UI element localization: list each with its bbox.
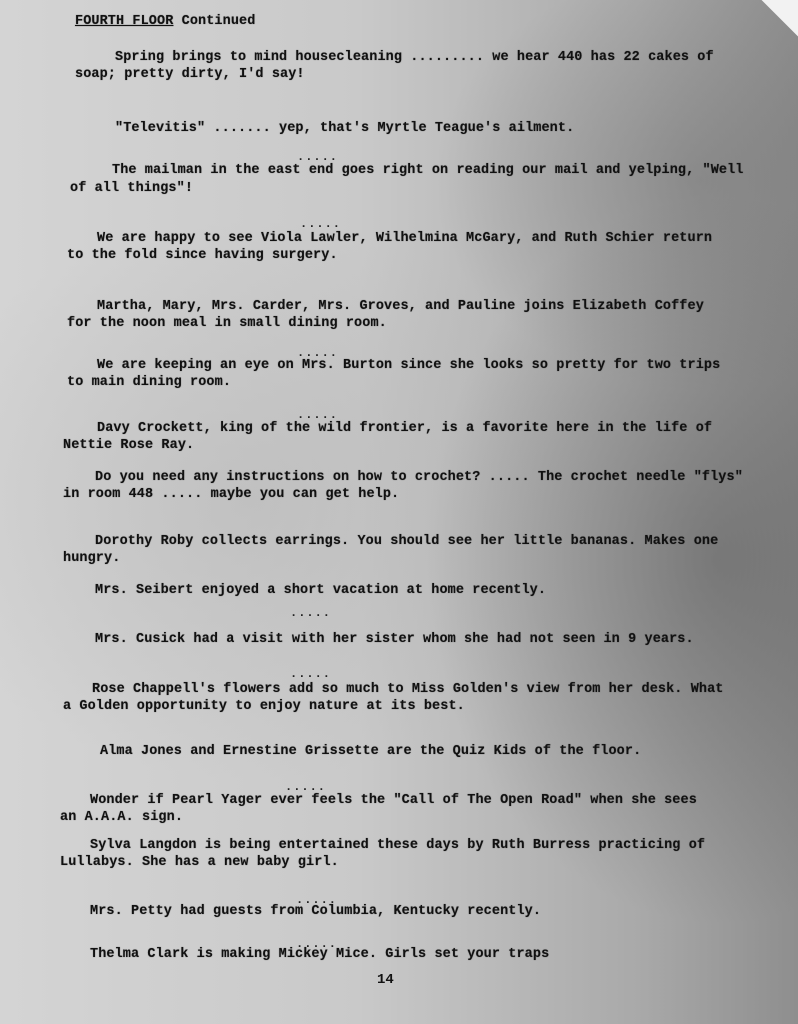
para-13-line-1: Alma Jones and Ernestine Grissette are t… (100, 744, 641, 759)
para-15-line-1: Sylva Langdon is being entertained these… (90, 838, 705, 853)
para-9-line-2: hungry. (63, 551, 120, 566)
para-14-line-2: an A.A.A. sign. (60, 810, 183, 825)
torn-corner (758, 0, 798, 40)
para-11-line-1: Mrs. Cusick had a visit with her sister … (95, 632, 694, 647)
para-1-line-2: soap; pretty dirty, I'd say! (75, 67, 305, 82)
separator: ..... (297, 150, 338, 164)
para-10-line-1: Mrs. Seibert enjoyed a short vacation at… (95, 583, 546, 598)
para-3-line-1: The mailman in the east end goes right o… (112, 163, 744, 178)
heading-underlined: FOURTH FLOOR (75, 14, 173, 29)
para-4-line-2: to the fold since having surgery. (67, 248, 338, 263)
section-heading: FOURTH FLOOR Continued (75, 14, 255, 29)
para-12-line-1: Rose Chappell's flowers add so much to M… (92, 682, 724, 697)
separator: ..... (290, 667, 331, 681)
para-3-line-2: of all things"! (70, 181, 193, 196)
para-2-line-1: "Televitis" ....... yep, that's Myrtle T… (115, 121, 574, 136)
para-6-line-2: to main dining room. (67, 375, 231, 390)
para-14-line-1: Wonder if Pearl Yager ever feels the "Ca… (90, 793, 697, 808)
para-1-line-1: Spring brings to mind housecleaning ....… (115, 50, 714, 65)
para-6-line-1: We are keeping an eye on Mrs. Burton sin… (97, 358, 720, 373)
separator: ..... (297, 408, 338, 422)
para-4-line-1: We are happy to see Viola Lawler, Wilhel… (97, 231, 712, 246)
para-5-line-2: for the noon meal in small dining room. (67, 316, 387, 331)
para-7-line-2: Nettie Rose Ray. (63, 438, 194, 453)
para-8-line-1: Do you need any instructions on how to c… (95, 470, 743, 485)
para-7-line-1: Davy Crockett, king of the wild frontier… (97, 421, 712, 436)
heading-continued: Continued (182, 14, 256, 29)
separator: ..... (300, 217, 341, 231)
document-page: FOURTH FLOOR Continued Spring brings to … (0, 0, 798, 1024)
para-8-line-2: in room 448 ..... maybe you can get help… (63, 487, 399, 502)
para-15-line-2: Lullabys. She has a new baby girl. (60, 855, 339, 870)
para-17-line-1: Thelma Clark is making Mickey Mice. Girl… (90, 947, 549, 962)
separator: ..... (290, 606, 331, 620)
separator: ..... (285, 780, 326, 794)
page-number: 14 (377, 972, 394, 988)
para-16-line-1: Mrs. Petty had guests from Columbia, Ken… (90, 904, 541, 919)
para-12-line-2: a Golden opportunity to enjoy nature at … (63, 699, 465, 714)
para-9-line-1: Dorothy Roby collects earrings. You shou… (95, 534, 718, 549)
para-5-line-1: Martha, Mary, Mrs. Carder, Mrs. Groves, … (97, 299, 704, 314)
